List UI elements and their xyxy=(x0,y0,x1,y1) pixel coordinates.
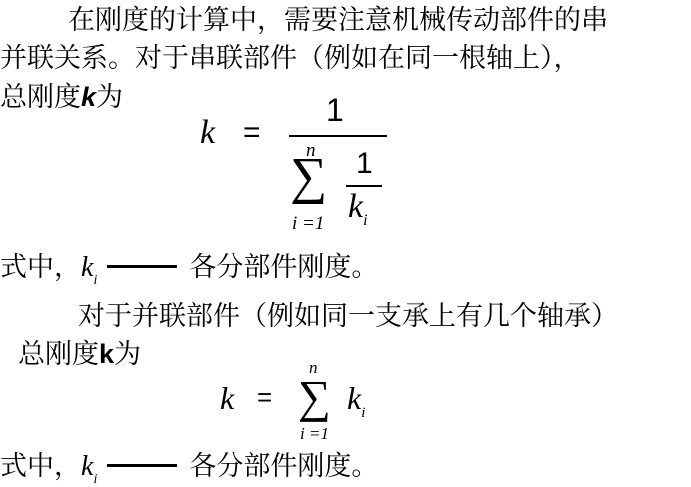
em-dash-2 xyxy=(107,464,177,467)
formula1-inner-fraction-bar xyxy=(346,185,382,187)
formula1-fraction-bar xyxy=(289,135,387,137)
formula2-term: ki xyxy=(347,380,365,417)
note2-prefix: 式中， xyxy=(0,451,81,482)
note1-prefix: 式中， xyxy=(0,252,81,283)
sigma-icon-2: ∑ xyxy=(298,372,331,422)
sigma-icon: ∑ xyxy=(290,147,327,207)
note1-desc: 各分部件刚度。 xyxy=(189,252,378,283)
paragraph1-line3: 总刚度k为 xyxy=(0,82,123,113)
formula1-sum-lower: i =1 xyxy=(292,213,324,235)
note1-var: ki xyxy=(81,252,97,283)
formula1-lhs: k xyxy=(200,114,215,152)
formula2-sum-lower: i =1 xyxy=(300,424,329,444)
wei-label-2: 为 xyxy=(114,339,141,370)
note2-var: ki xyxy=(81,451,97,482)
paragraph2-line2: 总刚度k为 xyxy=(18,339,141,370)
total-stiffness-label-2: 总刚度 xyxy=(18,339,99,370)
formula2-equals: = xyxy=(257,382,272,413)
formula1-inner-numerator: 1 xyxy=(356,147,373,181)
formula2-lhs: k xyxy=(220,380,234,417)
total-stiffness-label: 总刚度 xyxy=(0,82,81,113)
paragraph2-line1: 对于并联部件（例如同一支承上有几个轴承） xyxy=(78,302,618,332)
em-dash xyxy=(107,265,177,268)
formula1-numerator: 1 xyxy=(326,92,344,129)
note2-desc: 各分部件刚度。 xyxy=(189,451,378,482)
wei-label: 为 xyxy=(96,82,123,113)
paragraph1-line1: 在刚度的计算中，需要注意机械传动部件的串 xyxy=(68,6,608,36)
note1: 式中，ki各分部件刚度。 xyxy=(0,253,378,288)
paragraph1-line2: 并联关系。对于串联部件（例如在同一根轴上）， xyxy=(0,44,581,74)
variable-k-2: k xyxy=(99,339,114,369)
variable-k: k xyxy=(81,82,96,112)
formula1-inner-denominator: ki xyxy=(348,188,368,226)
formula1-equals: = xyxy=(243,116,261,150)
note2: 式中，ki各分部件刚度。 xyxy=(0,452,378,487)
